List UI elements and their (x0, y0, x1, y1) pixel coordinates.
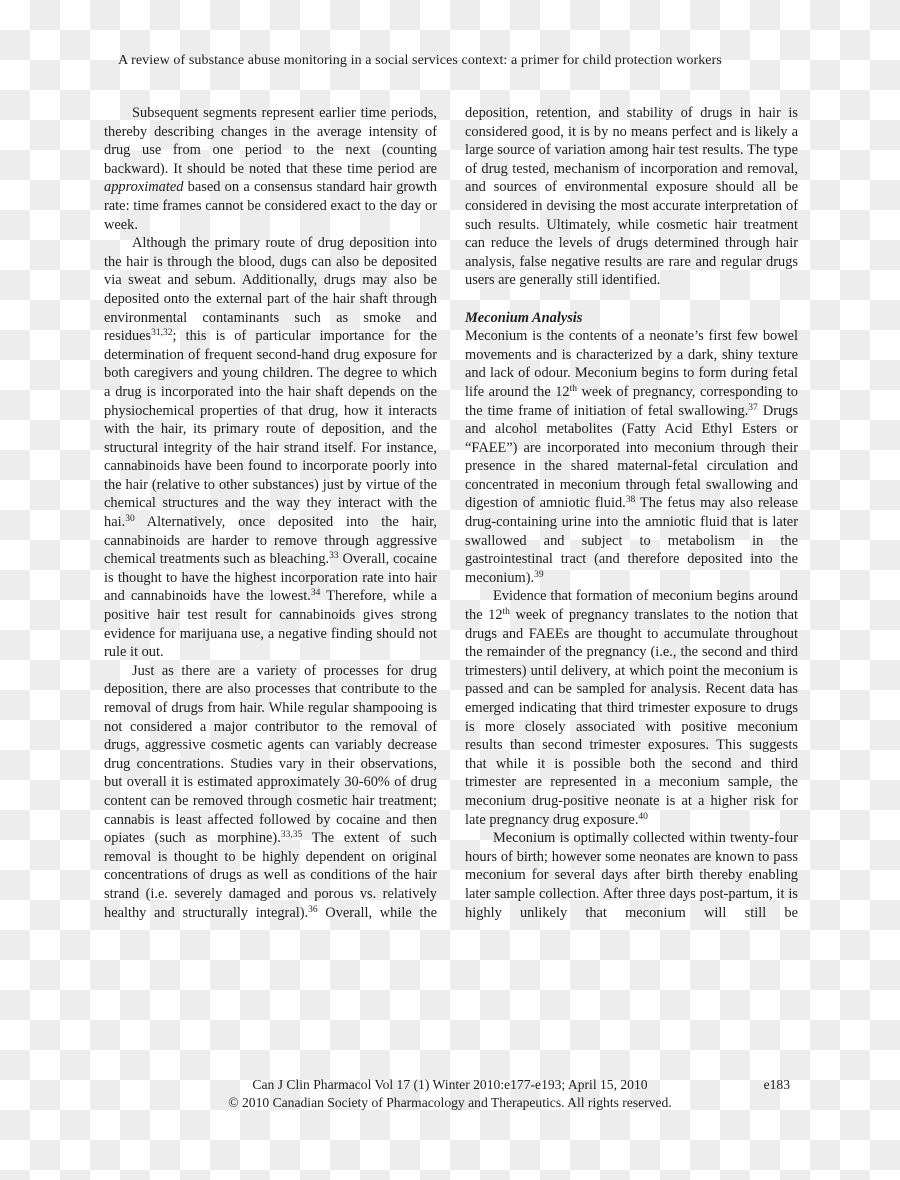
paragraph: Subsequent segments represent earlier ti… (104, 104, 437, 234)
superscript-reference: 34 (311, 588, 321, 598)
text-run: Meconium is optimally collected within t… (465, 830, 798, 920)
text-run: ; this is of particular importance for t… (104, 328, 437, 530)
paragraph: Meconium is the contents of a neonate’s … (465, 327, 798, 587)
footer-journal-line-wrap: Can J Clin Pharmacol Vol 17 (1) Winter 2… (0, 1076, 900, 1094)
text-column-left: Subsequent segments represent earlier ti… (104, 104, 437, 922)
paragraph: Although the primary route of drug depos… (104, 234, 437, 662)
paragraph: deposition, retention, and stability of … (465, 104, 798, 290)
footer-copyright-line: © 2010 Canadian Society of Pharmacology … (0, 1094, 900, 1112)
document-page: A review of substance abuse monitoring i… (0, 0, 900, 1180)
superscript-reference: th (503, 607, 510, 617)
superscript-reference: 40 (638, 812, 648, 822)
superscript-reference: 36 (308, 905, 318, 915)
text-column-right: deposition, retention, and stability of … (465, 104, 798, 922)
paragraph: Meconium is optimally collected within t… (465, 829, 798, 922)
text-run: deposition, retention, and stability of … (465, 105, 798, 288)
section-heading: Meconium Analysis (465, 309, 798, 328)
page-footer: Can J Clin Pharmacol Vol 17 (1) Winter 2… (0, 1076, 900, 1112)
text-run: Subsequent segments represent earlier ti… (104, 105, 437, 177)
superscript-reference: 30 (125, 514, 135, 524)
superscript-reference: 33,35 (281, 830, 302, 840)
text-run: Overall, while the (318, 905, 437, 921)
running-header-title: A review of substance abuse monitoring i… (0, 53, 840, 69)
superscript-reference: th (570, 384, 577, 394)
superscript-reference: 31,32 (151, 328, 172, 338)
paragraph: Just as there are a variety of processes… (104, 662, 437, 922)
text-run: Meconium Analysis (465, 310, 582, 326)
superscript-reference: 33 (329, 551, 339, 561)
superscript-reference: 37 (748, 403, 758, 413)
text-run: week of pregnancy translates to the noti… (465, 607, 798, 828)
paragraph: Evidence that formation of meconium begi… (465, 587, 798, 829)
superscript-reference: 39 (534, 570, 544, 580)
text-run: Just as there are a variety of processes… (104, 663, 437, 846)
footer-page-number: e183 (764, 1076, 790, 1094)
superscript-reference: 38 (626, 495, 636, 505)
body-text-block: Subsequent segments represent earlier ti… (104, 104, 798, 922)
footer-journal-line: Can J Clin Pharmacol Vol 17 (1) Winter 2… (252, 1077, 647, 1092)
emphasis-text: approximated (104, 179, 183, 195)
